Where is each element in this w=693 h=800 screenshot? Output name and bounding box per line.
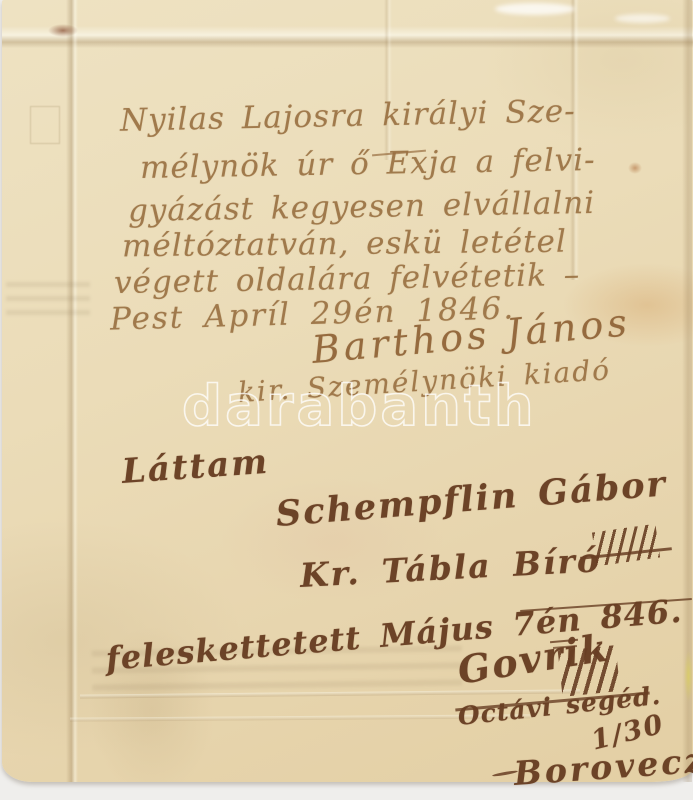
darabanth-watermark: darabanth <box>182 374 537 439</box>
